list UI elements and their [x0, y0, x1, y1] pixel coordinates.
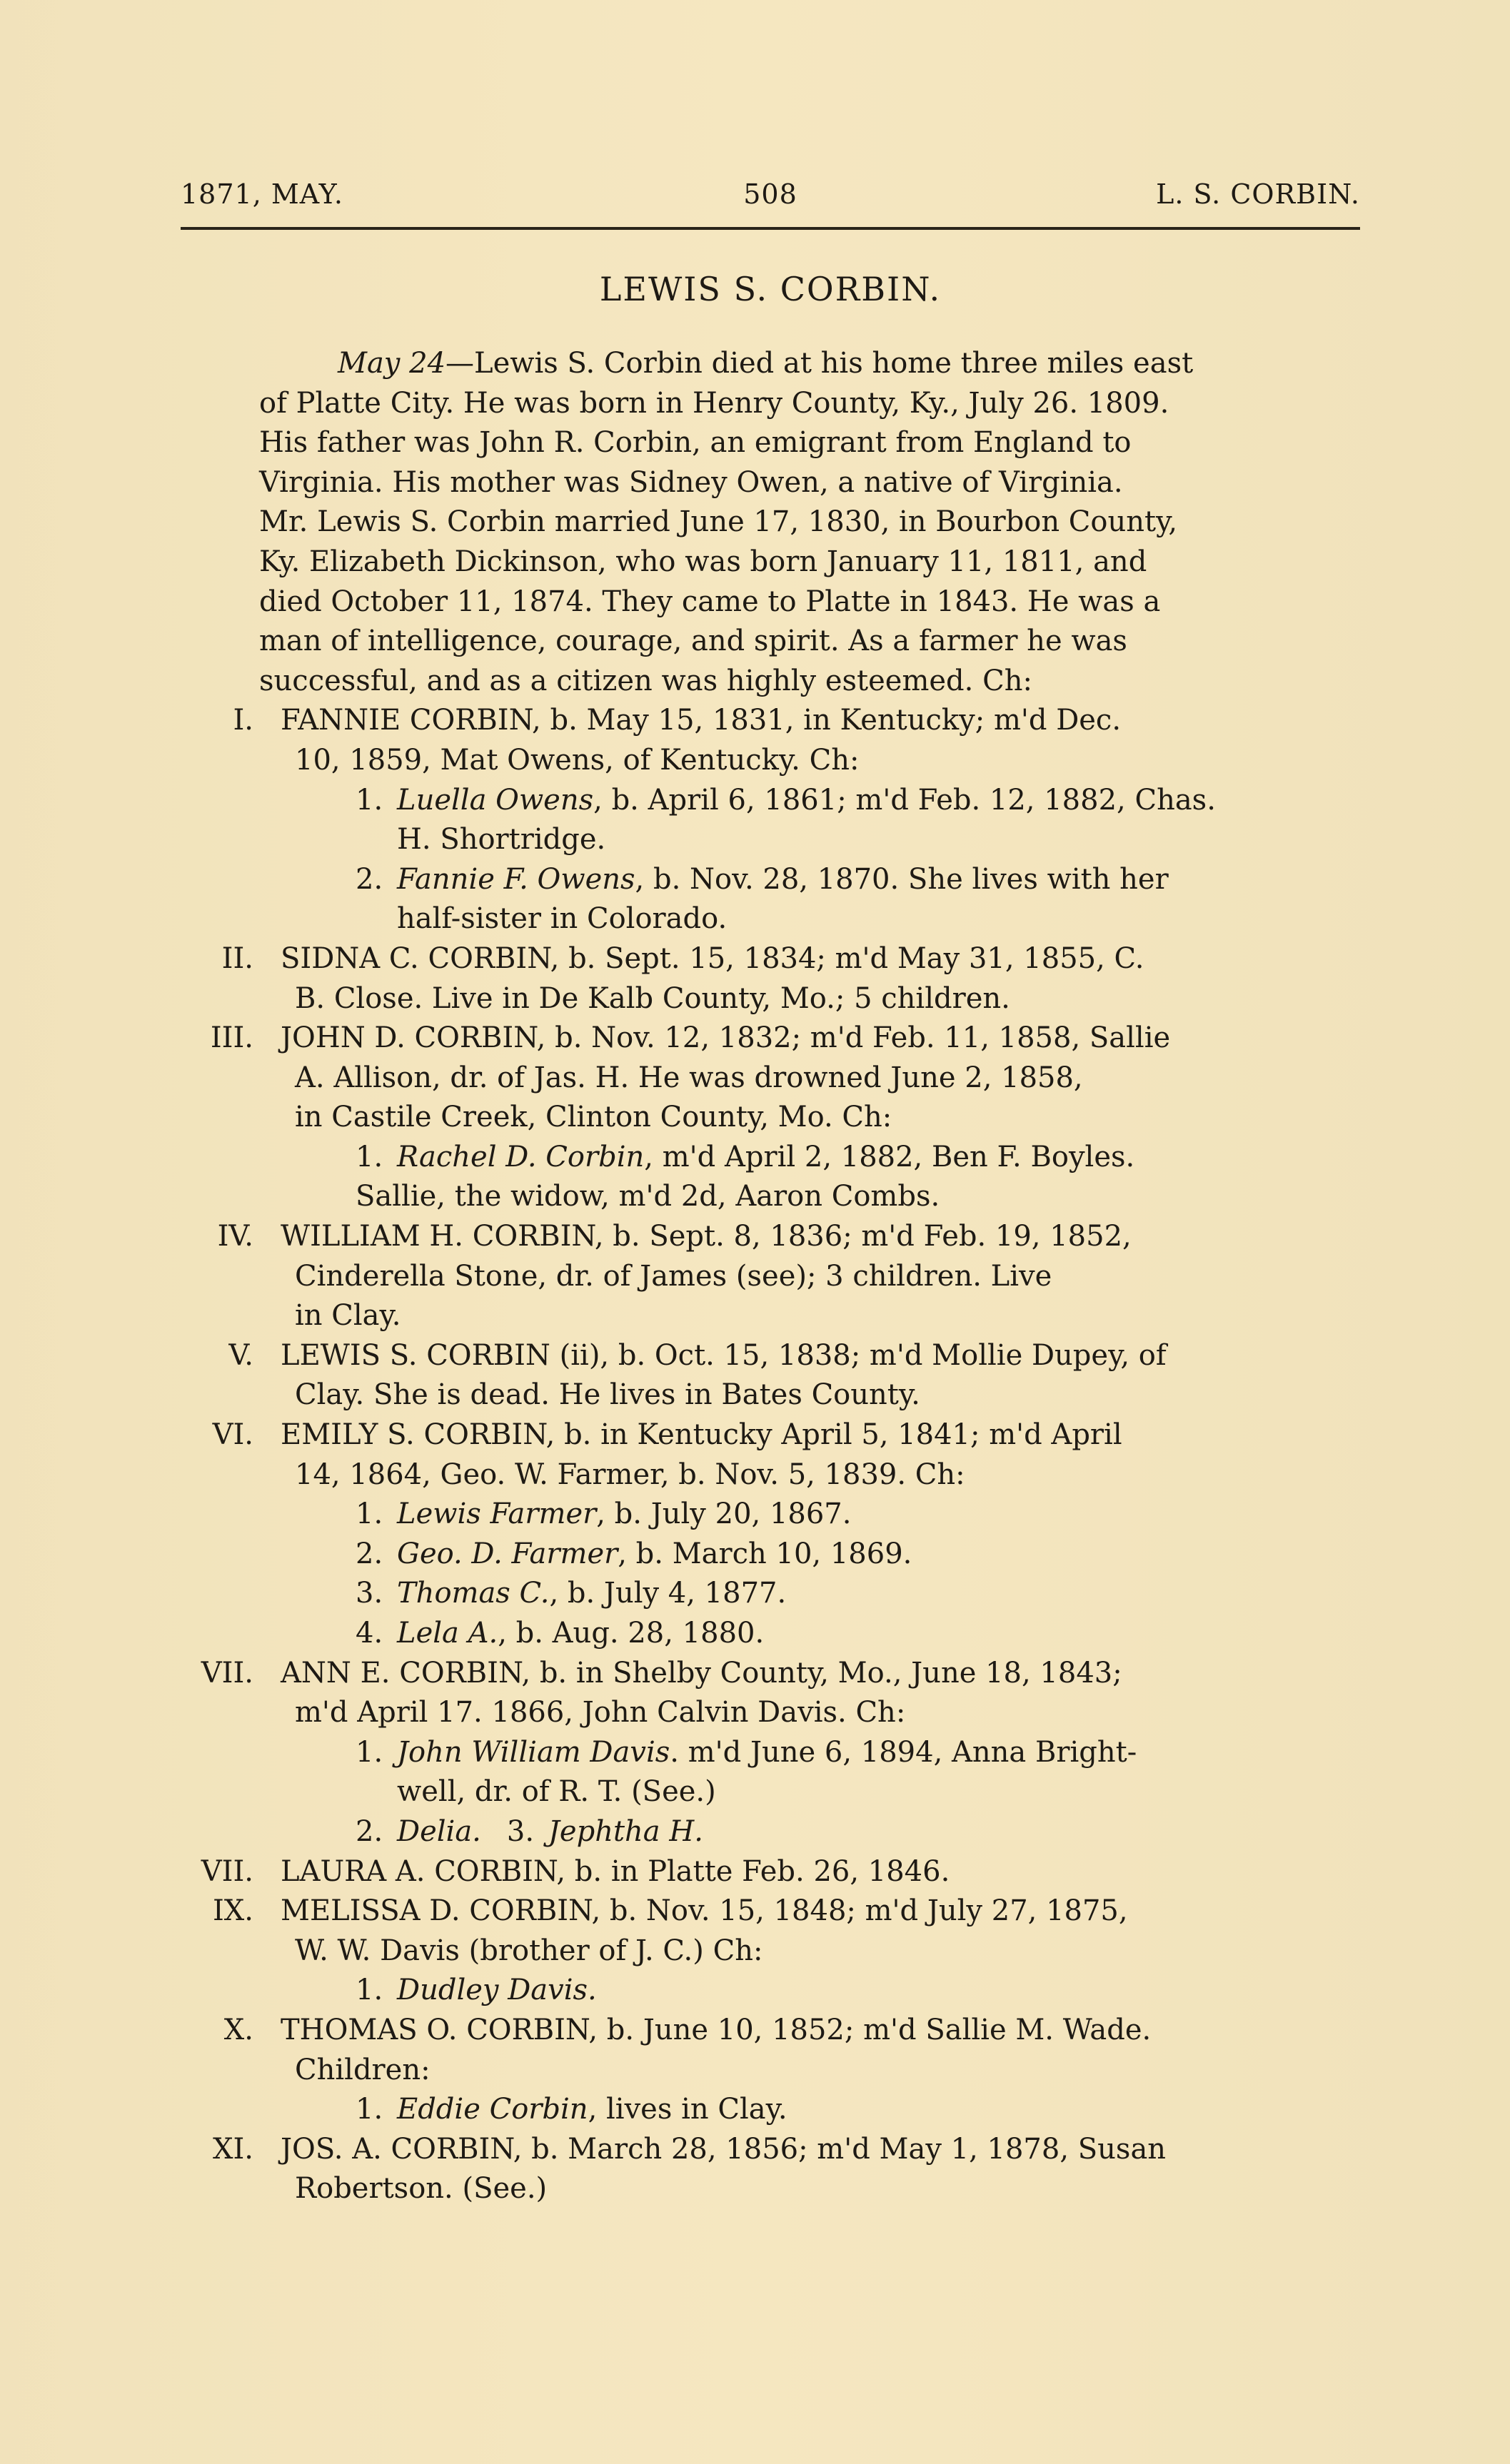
entry-numeral: VII.: [166, 1852, 266, 1892]
genealogy-entry: VII.ANN E. CORBIN, b. in Shelby County, …: [181, 1654, 1360, 1852]
child-detail: , b. March 10, 1869.: [618, 1538, 912, 1570]
genealogy-entry: IV.WILLIAM H. CORBIN, b. Sept. 8, 1836; …: [181, 1217, 1360, 1336]
child-number: 1.: [356, 1138, 397, 1178]
child-detail-cont: half-sister in Colorado.: [181, 899, 1360, 939]
child-item: 1.Rachel D. Corbin, m'd April 2, 1882, B…: [181, 1138, 1360, 1178]
child-item: 1.Eddie Corbin, lives in Clay.: [181, 2090, 1360, 2130]
entry-line: WILLIAM H. CORBIN, b. Sept. 8, 1836; m'd…: [281, 1220, 1132, 1253]
child-number: 3.: [507, 1812, 548, 1852]
intro-line: died October 11, 1874. They came to Plat…: [181, 582, 1360, 622]
child-number: 1.: [356, 1971, 397, 2011]
entry-line: 10, 1859, Mat Owens, of Kentucky. Ch:: [181, 741, 1360, 781]
genealogy-entry: II.SIDNA C. CORBIN, b. Sept. 15, 1834; m…: [181, 939, 1360, 1019]
child-name: Rachel D. Corbin: [397, 1141, 644, 1173]
child-detail: . m'd June 6, 1894, Anna Bright-: [670, 1736, 1137, 1769]
child-name: Lewis Farmer: [397, 1498, 596, 1530]
child-name: Thomas C.: [397, 1577, 549, 1610]
entry-line: m'd April 17. 1866, John Calvin Davis. C…: [181, 1693, 1360, 1733]
header-rule: [181, 227, 1360, 230]
intro-line: of Platte City. He was born in Henry Cou…: [181, 384, 1360, 424]
child-name: Geo. D. Farmer: [397, 1538, 618, 1570]
genealogy-entry: VI.EMILY S. CORBIN, b. in Kentucky April…: [181, 1415, 1360, 1654]
child-item: 3.Thomas C., b. July 4, 1877.: [181, 1574, 1360, 1614]
date-label: May 24: [338, 347, 446, 380]
intro-line: Ky. Elizabeth Dickinson, who was born Ja…: [181, 542, 1360, 582]
child-detail: , b. Aug. 28, 1880.: [498, 1617, 764, 1650]
entry-line: MELISSA D. CORBIN, b. Nov. 15, 1848; m'd…: [281, 1894, 1128, 1927]
running-head: 1871, MAY. 508 L. S. CORBIN.: [181, 178, 1360, 221]
page-title: LEWIS S. CORBIN.: [181, 270, 1360, 308]
entry-numeral: V.: [166, 1336, 266, 1376]
child-item: 1.Luella Owens, b. April 6, 1861; m'd Fe…: [181, 781, 1360, 821]
entry-line: B. Close. Live in De Kalb County, Mo.; 5…: [181, 979, 1360, 1019]
child-item: 1.Lewis Farmer, b. July 20, 1867.: [181, 1495, 1360, 1535]
intro-line: His father was John R. Corbin, an emigra…: [181, 423, 1360, 463]
genealogy-entry: X.THOMAS O. CORBIN, b. June 10, 1852; m'…: [181, 2011, 1360, 2130]
entry-numeral: I.: [166, 701, 266, 741]
child-item: 1.Dudley Davis.: [181, 1971, 1360, 2011]
child-name: Dudley Davis.: [397, 1974, 597, 2006]
child-detail-cont: well, dr. of R. T. (See.): [181, 1772, 1360, 1812]
child-detail: , b. July 20, 1867.: [596, 1498, 851, 1530]
entry-numeral: II.: [166, 939, 266, 979]
child-number: 4.: [356, 1614, 397, 1654]
child-number: 1.: [356, 2090, 397, 2130]
running-head-subject: L. S. CORBIN.: [1156, 178, 1360, 210]
entry-line: FANNIE CORBIN, b. May 15, 1831, in Kentu…: [281, 704, 1121, 737]
entry-line: in Clay.: [181, 1296, 1360, 1336]
genealogy-entry: V.LEWIS S. CORBIN (ii), b. Oct. 15, 1838…: [181, 1336, 1360, 1415]
article-body: May 24—Lewis S. Corbin died at his home …: [181, 344, 1360, 2209]
intro-paragraph: May 24—Lewis S. Corbin died at his home …: [181, 344, 1360, 701]
intro-line: man of intelligence, courage, and spirit…: [181, 622, 1360, 662]
entry-numeral: IX.: [166, 1892, 266, 1932]
child-name: Jephtha H.: [548, 1815, 703, 1848]
entry-numeral: IV.: [166, 1217, 266, 1257]
child-detail: , m'd April 2, 1882, Ben F. Boyles.: [644, 1141, 1134, 1173]
entry-line: JOS. A. CORBIN, b. March 28, 1856; m'd M…: [281, 2133, 1166, 2166]
child-item: 4.Lela A., b. Aug. 28, 1880.: [181, 1614, 1360, 1654]
entry-line: THOMAS O. CORBIN, b. June 10, 1852; m'd …: [281, 2014, 1151, 2046]
genealogy-entry: IX.MELISSA D. CORBIN, b. Nov. 15, 1848; …: [181, 1892, 1360, 2011]
child-number: 3.: [356, 1574, 397, 1614]
entry-line: 14, 1864, Geo. W. Farmer, b. Nov. 5, 183…: [181, 1455, 1360, 1495]
entry-numeral: VI.: [166, 1415, 266, 1455]
child-number: 1.: [356, 1733, 397, 1773]
children-list: I.FANNIE CORBIN, b. May 15, 1831, in Ken…: [181, 701, 1360, 2209]
entry-line: Cinderella Stone, dr. of James (see); 3 …: [181, 1257, 1360, 1297]
entry-line: EMILY S. CORBIN, b. in Kentucky April 5,…: [281, 1418, 1122, 1451]
child-number: 1.: [356, 781, 397, 821]
entry-line: LAURA A. CORBIN, b. in Platte Feb. 26, 1…: [281, 1855, 950, 1888]
entry-line: ANN E. CORBIN, b. in Shelby County, Mo.,…: [281, 1657, 1122, 1690]
child-detail: , b. July 4, 1877.: [549, 1577, 786, 1610]
child-number: 2.: [356, 860, 397, 900]
entry-line: Robertson. (See.): [181, 2169, 1360, 2209]
child-item: 1.John William Davis. m'd June 6, 1894, …: [181, 1733, 1360, 1773]
child-item: 2.Delia.3.Jephtha H.: [181, 1812, 1360, 1852]
entry-numeral: III.: [166, 1019, 266, 1059]
entry-numeral: X.: [166, 2011, 266, 2051]
child-name: Eddie Corbin: [397, 2093, 588, 2126]
entry-line: LEWIS S. CORBIN (ii), b. Oct. 15, 1838; …: [281, 1339, 1167, 1372]
child-detail: , lives in Clay.: [588, 2093, 787, 2126]
intro-line: successful, and as a citizen was highly …: [181, 662, 1360, 702]
intro-line: Mr. Lewis S. Corbin married June 17, 183…: [181, 503, 1360, 542]
entry-line: Clay. She is dead. He lives in Bates Cou…: [181, 1375, 1360, 1415]
child-detail: , b. Nov. 28, 1870. She lives with her: [635, 863, 1169, 896]
child-name: Delia.: [397, 1815, 481, 1848]
child-number: 2.: [356, 1535, 397, 1575]
entry-numeral: XI.: [166, 2130, 266, 2170]
entry-line: A. Allison, dr. of Jas. H. He was drowne…: [181, 1059, 1360, 1099]
page-number: 508: [743, 178, 797, 210]
intro-line: Virginia. His mother was Sidney Owen, a …: [181, 463, 1360, 503]
child-name: Luella Owens: [397, 784, 593, 817]
child-name: Fannie F. Owens: [397, 863, 635, 896]
child-item: 2.Geo. D. Farmer, b. March 10, 1869.: [181, 1535, 1360, 1575]
entry-numeral: VII.: [166, 1654, 266, 1694]
intro-line: —Lewis S. Corbin died at his home three …: [446, 347, 1193, 380]
genealogy-entry: XI.JOS. A. CORBIN, b. March 28, 1856; m'…: [181, 2130, 1360, 2209]
genealogy-entry: I.FANNIE CORBIN, b. May 15, 1831, in Ken…: [181, 701, 1360, 939]
child-item: 2.Fannie F. Owens, b. Nov. 28, 1870. She…: [181, 860, 1360, 900]
child-name: Lela A.: [397, 1617, 498, 1650]
child-detail-cont: H. Shortridge.: [181, 820, 1360, 860]
entry-line: W. W. Davis (brother of J. C.) Ch:: [181, 1932, 1360, 1971]
child-detail: , b. April 6, 1861; m'd Feb. 12, 1882, C…: [593, 784, 1216, 817]
entry-line: Children:: [181, 2051, 1360, 2091]
child-number: 2.: [356, 1812, 397, 1852]
entry-note: Sallie, the widow, m'd 2d, Aaron Combs.: [181, 1177, 1360, 1217]
child-number: 1.: [356, 1495, 397, 1535]
genealogy-entry: VII.LAURA A. CORBIN, b. in Platte Feb. 2…: [181, 1852, 1360, 1892]
entry-line: JOHN D. CORBIN, b. Nov. 12, 1832; m'd Fe…: [281, 1021, 1170, 1054]
running-head-date: 1871, MAY.: [181, 178, 343, 210]
entry-line: in Castile Creek, Clinton County, Mo. Ch…: [181, 1098, 1360, 1138]
genealogy-entry: III.JOHN D. CORBIN, b. Nov. 12, 1832; m'…: [181, 1019, 1360, 1217]
child-name: John William Davis: [397, 1736, 670, 1769]
entry-line: SIDNA C. CORBIN, b. Sept. 15, 1834; m'd …: [281, 942, 1144, 975]
